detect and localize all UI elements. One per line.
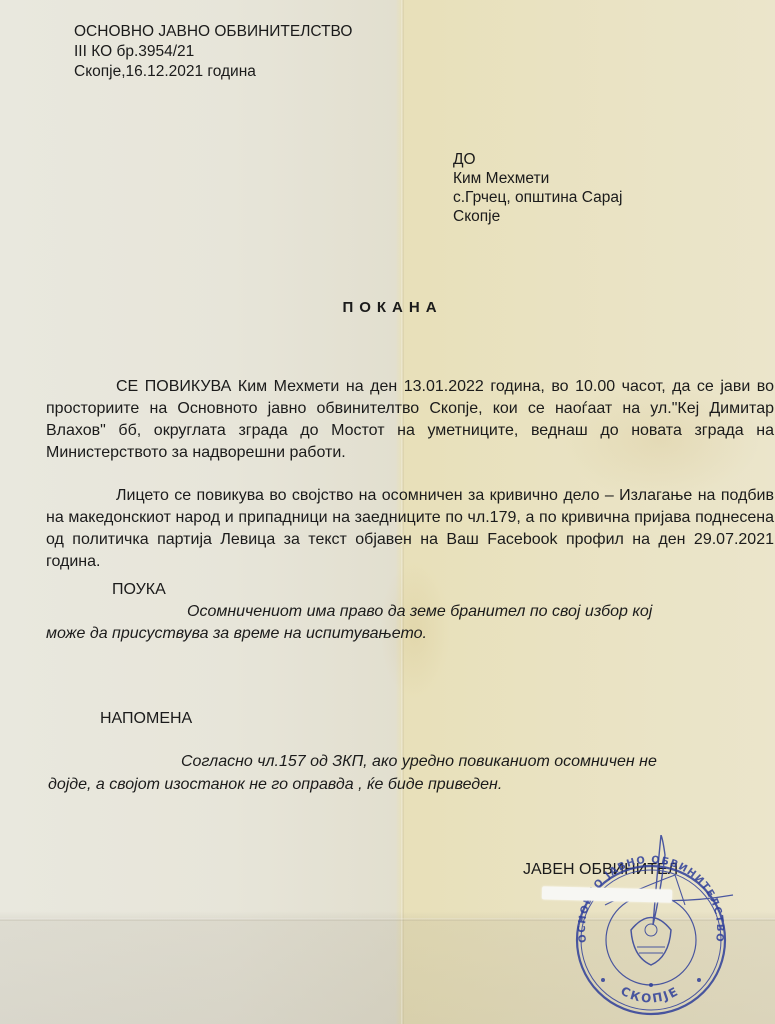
official-stamp-icon: ОСНОВНО ЈАВНО ОБВИНИТЕЛСТВО СКОПЈЕ bbox=[565, 835, 735, 1024]
place-date: Скопје,16.12.2021 година bbox=[74, 62, 256, 81]
document-title: ПОКАНА bbox=[0, 298, 775, 317]
recipient-prefix: ДО bbox=[453, 150, 476, 169]
case-number: III КО бр.3954/21 bbox=[74, 42, 194, 61]
recipient-name: Ким Мехмети bbox=[453, 169, 549, 188]
svg-text:СКОПЈЕ: СКОПЈЕ bbox=[618, 984, 681, 1006]
napomena-label: НАПОМЕНА bbox=[100, 709, 192, 728]
recipient-city: Скопје bbox=[453, 207, 500, 226]
pouka-line-2: може да присуствува за време на испитува… bbox=[46, 623, 427, 645]
pouka-line-1: Осомничениот има право да земе бранител … bbox=[187, 601, 652, 623]
recipient-address: с.Грчец, општина Сарај bbox=[453, 188, 622, 207]
suspect-paragraph: Лицето се повикува во својство на осомни… bbox=[46, 485, 774, 573]
summons-text: СЕ ПОВИКУВА Ким Мехмети на ден 13.01.202… bbox=[46, 378, 774, 461]
pouka-label: ПОУКА bbox=[112, 580, 166, 599]
summons-paragraph: СЕ ПОВИКУВА Ким Мехмети на ден 13.01.202… bbox=[46, 376, 774, 464]
institution-name: ОСНОВНО ЈАВНО ОБВИНИТЕЛСТВО bbox=[74, 22, 352, 41]
suspect-text: Лицето се повикува во својство на осомни… bbox=[46, 487, 774, 570]
napomena-line-1: Согласно чл.157 од ЗКП, ако уредно повик… bbox=[181, 751, 657, 773]
napomena-line-2: дојде, а својот изостанок не го оправда … bbox=[48, 774, 502, 796]
